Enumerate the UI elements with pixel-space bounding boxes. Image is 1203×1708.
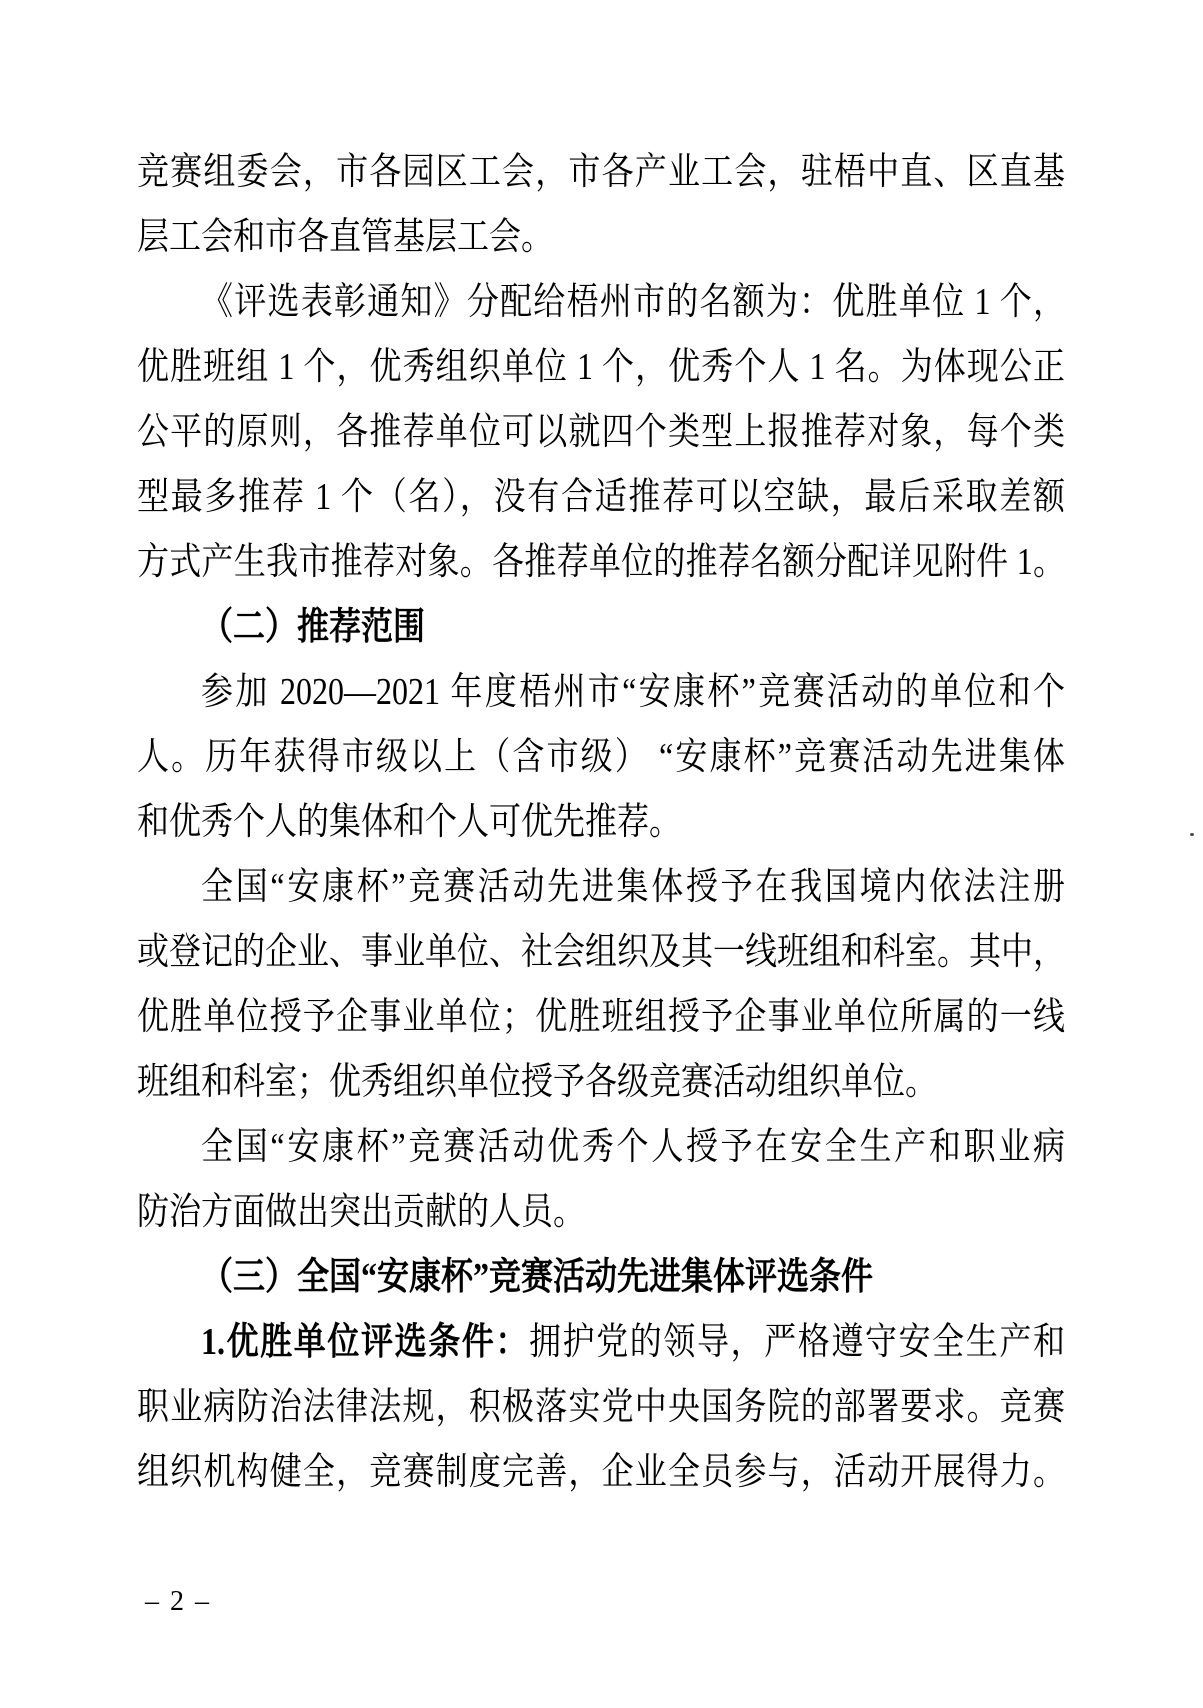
- footer-page-number: – 2 –: [145, 1586, 211, 1618]
- text-run: 组织机构健全，竞赛制度完善，企业全员参与，活动开展得力。: [137, 1450, 1065, 1492]
- bold-text-run: 1.优胜单位评选条件：: [201, 1320, 529, 1362]
- text-run: 班组和科室；优秀组织单位授予各级竞赛活动组织单位。: [137, 1060, 937, 1102]
- text-run: 人。历年获得市级以上（含市级） “安康杯”竞赛活动先进集体: [137, 735, 1065, 777]
- text-run: 公平的原则，各推荐单位可以就四个类型上报推荐对象，每个类: [137, 410, 1065, 452]
- bold-text-run: （二）推荐范围: [201, 605, 425, 647]
- text-run: 优胜单位授予企事业单位；优胜班组授予企事业单位所属的一线: [137, 995, 1065, 1037]
- text-run: 方式产生我市推荐对象。各推荐单位的推荐名额分配详见附件 1。: [137, 540, 1065, 582]
- text-run: 全国“安康杯”竞赛活动先进集体授予在我国境内依法注册: [201, 865, 1065, 907]
- document-page: 竞赛组委会，市各园区工会，市各产业工会，驻梧中直、区直基层工会和市各直管基层工会…: [0, 0, 1203, 1708]
- text-run: 竞赛组委会，市各园区工会，市各产业工会，驻梧中直、区直基: [137, 150, 1065, 192]
- text-run: 拥护党的领导，严格遵守安全生产和: [529, 1320, 1065, 1362]
- text-run: 和优秀个人的集体和个人可优先推荐。: [137, 800, 681, 842]
- text-run: 职业病防治法律法规，积极落实党中央国务院的部署要求。竞赛: [137, 1385, 1065, 1427]
- text-run: 《评选表彰通知》分配给梧州市的名额为：优胜单位 1 个，: [201, 280, 1065, 322]
- text-run: 或登记的企业、事业单位、社会组织及其一线班组和科室。其中，: [137, 930, 1065, 972]
- text-run: 优胜班组 1 个，优秀组织单位 1 个，优秀个人 1 名。为体现公正: [137, 345, 1065, 387]
- text-run: 防治方面做出突出贡献的人员。: [137, 1190, 585, 1232]
- text-run: 层工会和市各直管基层工会。: [137, 215, 553, 257]
- text-line: 组织机构健全，竞赛制度完善，企业全员参与，活动开展得力。: [137, 1433, 1065, 1510]
- text-run: 全国“安康杯”竞赛活动优秀个人授予在安全生产和职业病: [201, 1125, 1065, 1167]
- document-body: 竞赛组委会，市各园区工会，市各产业工会，驻梧中直、区直基层工会和市各直管基层工会…: [137, 139, 1065, 1504]
- text-run: 参加 2020—2021 年度梧州市“安康杯”竞赛活动的单位和个: [201, 670, 1065, 712]
- scan-artifact-dot: [1190, 833, 1194, 836]
- bold-text-run: （三）全国“安康杯”竞赛活动先进集体评选条件: [201, 1255, 873, 1297]
- text-run: 型最多推荐 1 个（名），没有合适推荐可以空缺，最后采取差额: [137, 475, 1065, 517]
